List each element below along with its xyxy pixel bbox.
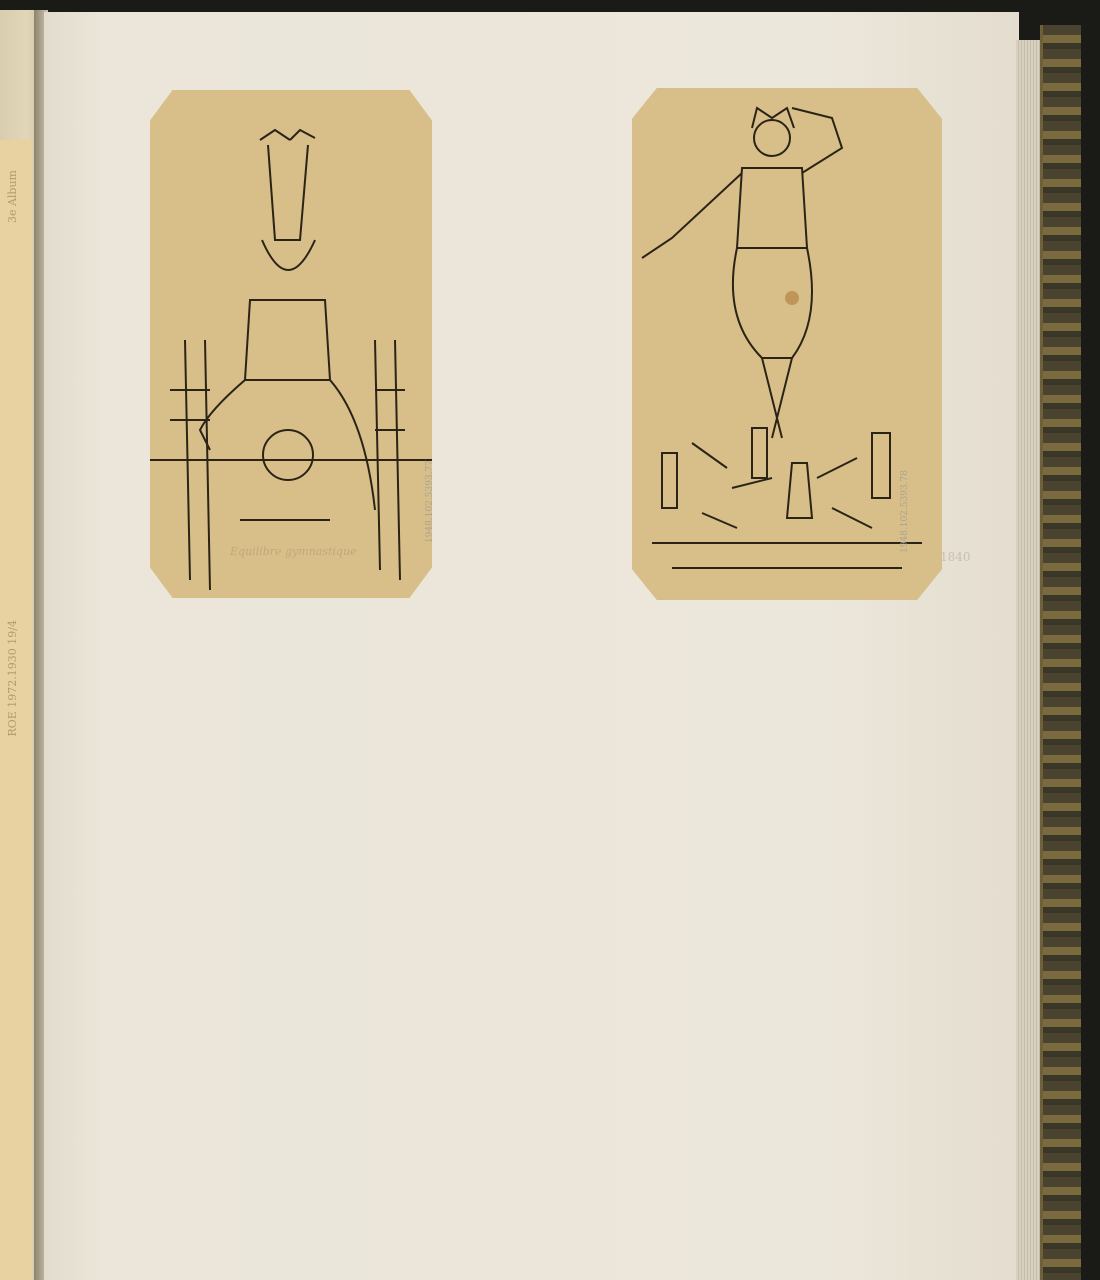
- accession-number: 1948.102.5393.77: [425, 460, 435, 543]
- handstand-illustration: [150, 90, 432, 598]
- drawing-handstand-clown: Equilibre gymnastique: [150, 90, 432, 598]
- harlequin-illustration: [632, 88, 942, 600]
- page-annotation: 1840: [940, 550, 971, 564]
- margin-note: ROE 1972.1930 19/4: [6, 620, 19, 737]
- margin-note: 3e Album: [6, 170, 19, 223]
- pencil-caption: Equilibre gymnastique: [230, 545, 357, 558]
- drawing-harlequin-bottles: [632, 88, 942, 600]
- accession-number: 1948.102.5393.78: [900, 470, 910, 553]
- decorated-binding: [1040, 25, 1081, 1280]
- page-fore-edge: [1016, 40, 1042, 1280]
